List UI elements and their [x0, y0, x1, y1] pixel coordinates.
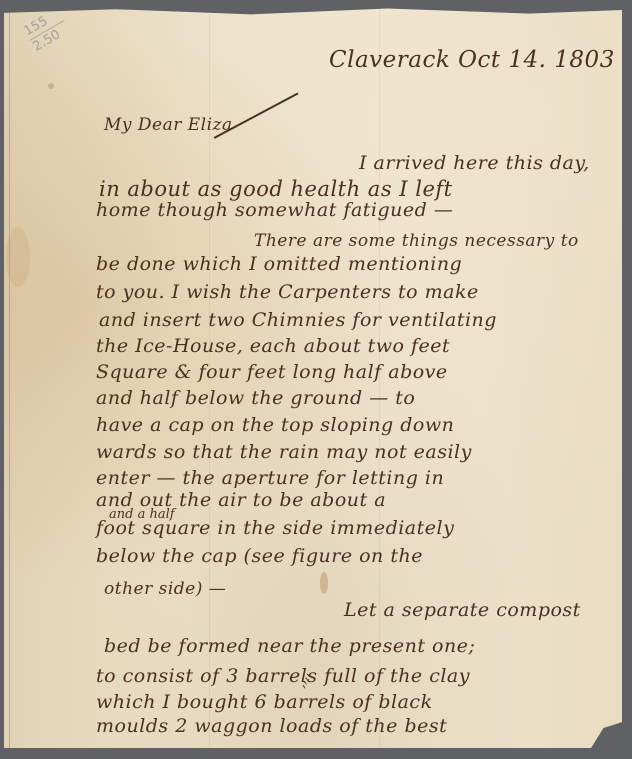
letter-line: home though somewhat fatigued —	[96, 199, 453, 221]
dateline: Claverack Oct 14. 1803	[329, 47, 615, 73]
letter-line: which I bought 6 barrels of black	[96, 691, 433, 713]
ink-smudge	[320, 572, 328, 594]
letter-line: other side) —	[104, 579, 226, 599]
letter-line: bed be formed near the present one;	[104, 635, 475, 657]
letter-line: have a cap on the top sloping down	[96, 414, 454, 436]
ink-spot	[48, 83, 54, 89]
letter-line: There are some things necessary to	[254, 231, 579, 251]
letter-line: and insert two Chimnies for ventilating	[99, 309, 497, 331]
letter-line: in about as good health as I left	[99, 177, 453, 201]
foxing-stain	[6, 227, 30, 287]
page-edge-line	[9, 7, 10, 748]
letter-line: I arrived here this day,	[359, 152, 590, 174]
letter-line: to you. I wish the Carpenters to make	[96, 281, 479, 303]
letter-line: below the cap (see figure on the	[96, 545, 423, 567]
letter-line: be done which I omitted mentioning	[96, 253, 462, 275]
letter-line: and half below the ground — to	[96, 387, 415, 409]
letter-line: the Ice-House, each about two feet	[96, 335, 450, 357]
letter-line: Square & four feet long half above	[96, 361, 448, 383]
letter-line: wards so that the rain may not easily	[96, 441, 472, 463]
letter-line: to consist of 3 barrels full of the clay	[96, 665, 470, 687]
letter-line: enter — the aperture for letting in	[96, 467, 444, 489]
pencil-annotation: 155 2.50	[22, 0, 90, 55]
letter-line: Let a separate compost	[344, 599, 581, 621]
letter-page: 155 2.50 Claverack Oct 14. 1803 My Dear …	[4, 7, 622, 748]
letter-line: moulds 2 waggon loads of the best	[96, 715, 447, 737]
salutation: My Dear Eliza	[104, 115, 233, 135]
letter-line: foot square in the side immediately	[96, 517, 454, 539]
